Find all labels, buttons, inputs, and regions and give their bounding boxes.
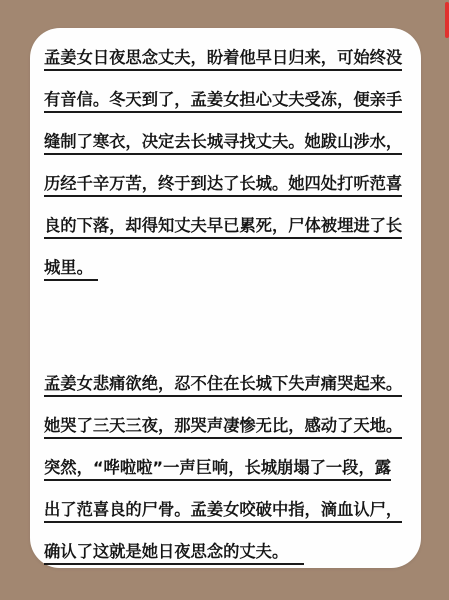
- story-line-text: 历经千辛万苦，终于到达了长城。她四处打听范喜: [44, 174, 402, 197]
- story-line-text: 孟姜女悲痛欲绝，忍不住在长城下失声痛哭起来。: [44, 374, 402, 397]
- story-line-text: 确认了这就是她日夜思念的丈夫。: [44, 542, 304, 565]
- story-line: 历经千辛万苦，终于到达了长城。她四处打听范喜: [44, 163, 407, 205]
- story-line: 城里。: [44, 247, 407, 289]
- story-line-text: 她哭了三天三夜，那哭声凄惨无比，感动了天地。: [44, 416, 402, 439]
- story-line-text: 突然，“哗啦啦”一声巨响，长城崩塌了一段，露: [44, 458, 391, 481]
- story-line-text: 城里。: [44, 258, 98, 281]
- story-line: 良的下落，却得知丈夫早已累死，尸体被埋进了长: [44, 205, 407, 247]
- story-line: 她哭了三天三夜，那哭声凄惨无比，感动了天地。: [44, 405, 407, 447]
- story-line-text: 缝制了寒衣，决定去长城寻找丈夫。她跋山涉水，: [44, 132, 402, 155]
- page-background: 孟姜女日夜思念丈夫，盼着他早日归来，可始终没 有音信。冬天到了，孟姜女担心丈夫受…: [0, 0, 449, 600]
- story-line: 孟姜女悲痛欲绝，忍不住在长城下失声痛哭起来。: [44, 363, 407, 405]
- story-line-text: 出了范喜良的尸骨。孟姜女咬破中指，滴血认尸，: [44, 500, 402, 523]
- story-line: 有音信。冬天到了，孟姜女担心丈夫受冻，便亲手: [44, 79, 407, 121]
- story-line: 确认了这就是她日夜思念的丈夫。: [44, 531, 407, 573]
- story-line-text: 有音信。冬天到了，孟姜女担心丈夫受冻，便亲手: [44, 90, 402, 113]
- story-paragraph-2: 孟姜女悲痛欲绝，忍不住在长城下失声痛哭起来。 她哭了三天三夜，那哭声凄惨无比，感…: [44, 363, 407, 573]
- story-line: 孟姜女日夜思念丈夫，盼着他早日归来，可始终没: [44, 37, 407, 79]
- story-paragraph-1: 孟姜女日夜思念丈夫，盼着他早日归来，可始终没 有音信。冬天到了，孟姜女担心丈夫受…: [44, 37, 407, 289]
- story-line: 缝制了寒衣，决定去长城寻找丈夫。她跋山涉水，: [44, 121, 407, 163]
- story-card: 孟姜女日夜思念丈夫，盼着他早日归来，可始终没 有音信。冬天到了，孟姜女担心丈夫受…: [30, 28, 421, 568]
- scroll-position-indicator[interactable]: [445, 2, 449, 38]
- story-line: 突然，“哗啦啦”一声巨响，长城崩塌了一段，露: [44, 447, 407, 489]
- story-line-text: 孟姜女日夜思念丈夫，盼着他早日归来，可始终没: [44, 48, 402, 71]
- story-line: 出了范喜良的尸骨。孟姜女咬破中指，滴血认尸，: [44, 489, 407, 531]
- story-line-text: 良的下落，却得知丈夫早已累死，尸体被埋进了长: [44, 216, 402, 239]
